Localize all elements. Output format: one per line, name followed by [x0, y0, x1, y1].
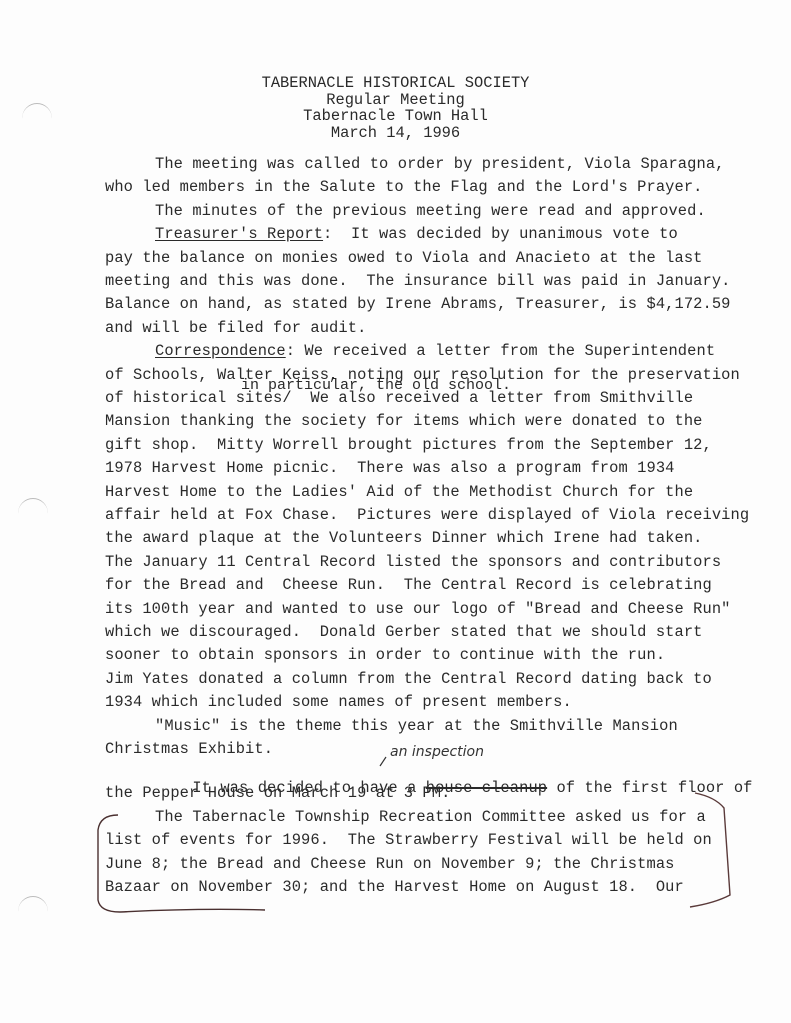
handwritten-bracket-marks: [0, 0, 791, 1023]
document-page: TABERNACLE HISTORICAL SOCIETY Regular Me…: [0, 0, 791, 1023]
